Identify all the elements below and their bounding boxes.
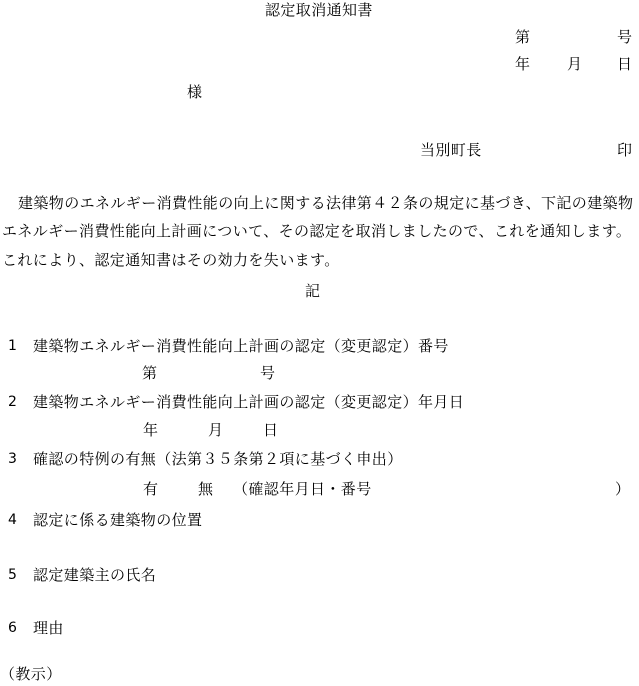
record-marker: 記 — [305, 283, 320, 299]
doc-number-suffix: 号 — [617, 29, 632, 45]
item-3-confirm-field-open: （確認年月日・番号 — [233, 481, 372, 497]
date-year-label: 年 — [515, 56, 530, 72]
item-3-number: 3 — [8, 451, 17, 467]
item-3-no-option: 無 — [198, 481, 213, 497]
item-4-number: 4 — [8, 512, 17, 528]
item-5-number: 5 — [8, 567, 17, 583]
body-line-2: エネルギー消費性能向上計画について、その認定を取消しましたので、これを通知します… — [2, 223, 631, 239]
item-2-day-label: 日 — [263, 422, 278, 438]
doc-title: 認定取消通知書 — [265, 2, 373, 18]
item-2-month-label: 月 — [208, 422, 223, 438]
footer-note: （教示） — [0, 666, 62, 682]
item-1-number-prefix: 第 — [142, 365, 157, 381]
item-6-number: 6 — [8, 620, 17, 636]
item-3-label: 確認の特例の有無（法第３５条第２項に基づく申出） — [33, 451, 403, 467]
item-1-number: 1 — [8, 338, 17, 354]
item-3-yes-option: 有 — [143, 481, 158, 497]
item-1-label: 建築物エネルギー消費性能向上計画の認定（変更認定）番号 — [33, 338, 449, 354]
item-4-label: 認定に係る建築物の位置 — [33, 512, 202, 528]
item-2-number: 2 — [8, 394, 17, 410]
addressee-honorific: 様 — [187, 84, 202, 100]
date-day-label: 日 — [617, 56, 632, 72]
item-2-label: 建築物エネルギー消費性能向上計画の認定（変更認定）年月日 — [33, 394, 464, 410]
doc-number-prefix: 第 — [515, 29, 530, 45]
issuer-title: 当別町長 — [420, 142, 482, 158]
item-3-confirm-field-close: ） — [615, 481, 630, 497]
document-page: 認定取消通知書 第 号 年 月 日 様 当別町長 印 建築物のエネルギー消費性能… — [0, 0, 639, 686]
item-5-label: 認定建築主の氏名 — [33, 567, 156, 583]
seal-mark: 印 — [617, 142, 632, 158]
item-6-label: 理由 — [33, 620, 64, 636]
date-month-label: 月 — [567, 56, 582, 72]
body-line-3: これにより、認定通知書はその効力を失います。 — [2, 252, 340, 268]
body-line-1: 建築物のエネルギー消費性能の向上に関する法律第４２条の規定に基づき、下記の建築物 — [18, 195, 633, 211]
item-1-number-suffix: 号 — [260, 365, 275, 381]
item-2-year-label: 年 — [143, 422, 158, 438]
